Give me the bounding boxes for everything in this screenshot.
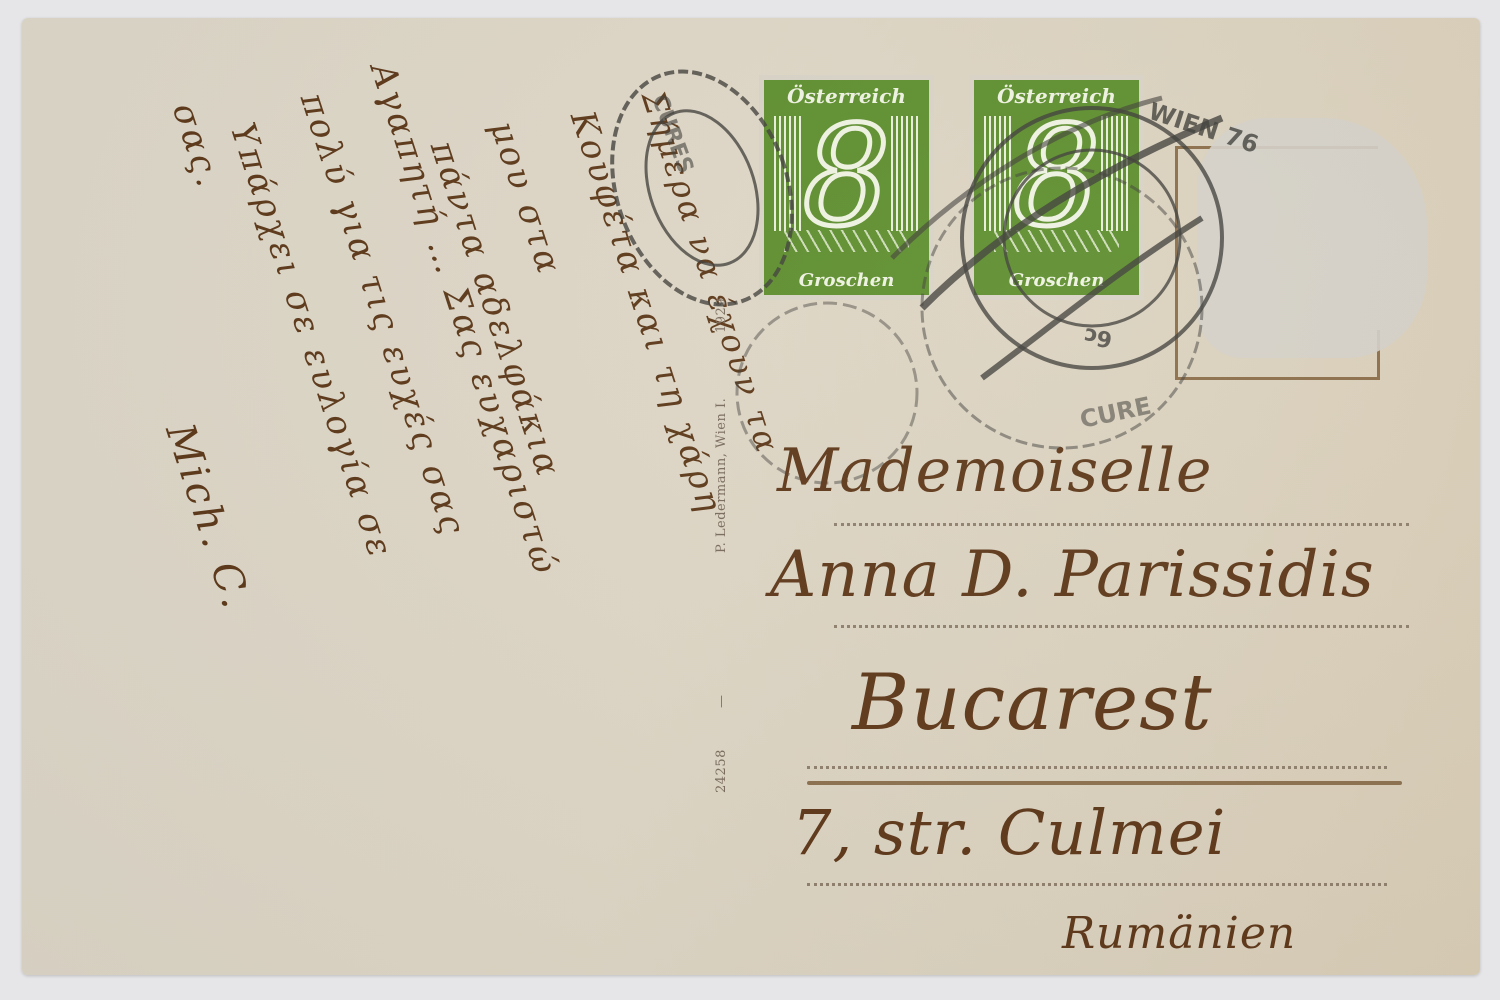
postmark-cancellations: WIEN 76 6c CURES CURE <box>22 18 1480 975</box>
address-rule <box>834 625 1409 628</box>
address-line-city: Bucarest <box>852 658 1213 748</box>
postcard: Σήμερα να έχουν τα Κουφέτα και τη χάρη μ… <box>22 18 1480 975</box>
address-line-name: Anna D. Parissidis <box>770 538 1375 612</box>
postmark-text: WIEN 76 <box>1145 97 1262 159</box>
address-rule <box>834 523 1409 526</box>
address-rule <box>807 766 1387 769</box>
address-line-street: 7, str. Culmei <box>792 796 1226 869</box>
svg-text:CURE: CURE <box>1077 392 1153 434</box>
address-line-salutation: Mademoiselle <box>777 436 1213 506</box>
address-underline <box>807 781 1402 785</box>
address-rule <box>807 883 1387 886</box>
address-line-country: Rumänien <box>1062 908 1296 959</box>
postmark-suffix: 6c <box>1082 322 1114 352</box>
